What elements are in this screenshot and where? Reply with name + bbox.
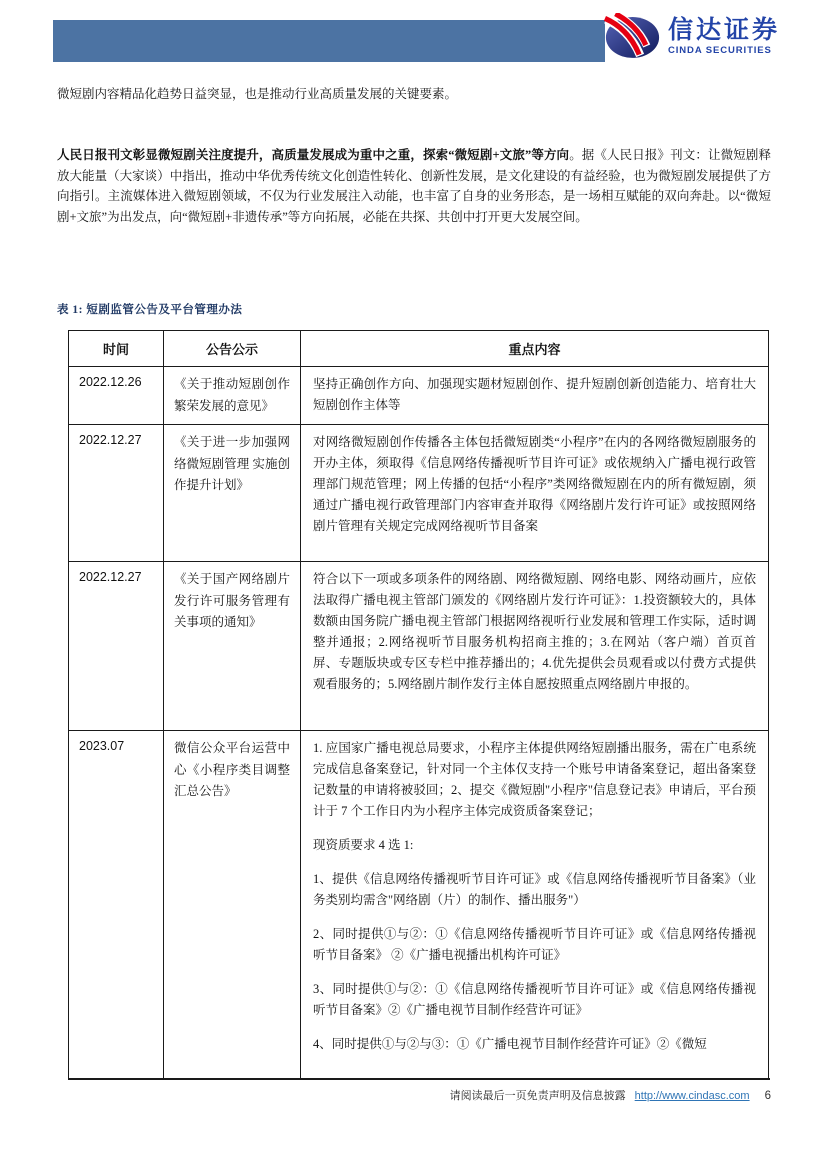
regulation-table: 时间 公告公示 重点内容 2022.12.26 《关于推动短剧创作繁荣发展的意见… [68, 330, 769, 1080]
table-row: 2023.07 微信公众平台运营中心《小程序类目调整汇总公告》 1. 应国家广播… [69, 731, 769, 1081]
col-header-time: 时间 [69, 331, 164, 367]
row-date: 2023.07 [69, 731, 164, 1081]
row-date: 2022.12.27 [69, 425, 164, 562]
paragraph-main-bold: 人民日报刊文彰显微短剧关注度提升，高质量发展成为重中之重，探索“微短剧+文旅”等… [57, 148, 569, 162]
header-banner [53, 20, 605, 62]
row-announcement: 《关于国产网络剧片发行许可服务管理有关事项的通知》 [164, 562, 301, 731]
content-paragraph: 坚持正确创作方向、加强现实题材短剧创作、提升短剧创新创造能力、培育壮大短剧创作主… [313, 374, 756, 416]
table-row: 2022.12.26 《关于推动短剧创作繁荣发展的意见》 坚持正确创作方向、加强… [69, 367, 769, 425]
col-header-key-content: 重点内容 [301, 331, 769, 367]
paragraph-main: 人民日报刊文彰显微短剧关注度提升，高质量发展成为重中之重，探索“微短剧+文旅”等… [57, 145, 771, 228]
logo-name-cn: 信达证券 [668, 17, 780, 43]
page-footer: 请阅读最后一页免责声明及信息披露http://www.cindasc.com6 [57, 1087, 771, 1103]
content-paragraph: 3、同时提供①与②：①《信息网络传播视听节目许可证》或《信息网络传播视听节目备案… [313, 979, 756, 1021]
page-number: 6 [765, 1090, 771, 1102]
row-content: 对网络微短剧创作传播各主体包括微短剧类“小程序”在内的各网络微短剧服务的开办主体… [301, 425, 769, 562]
paragraph-intro: 微短剧内容精品化趋势日益突显，也是推动行业高质量发展的关键要素。 [57, 84, 771, 104]
row-announcement: 微信公众平台运营中心《小程序类目调整汇总公告》 [164, 731, 301, 1081]
content-paragraph: 对网络微短剧创作传播各主体包括微短剧类“小程序”在内的各网络微短剧服务的开办主体… [313, 432, 756, 537]
footer-link[interactable]: http://www.cindasc.com [635, 1090, 750, 1102]
row-content: 1. 应国家广播电视总局要求，小程序主体提供网络短剧播出服务，需在广电系统完成信… [301, 731, 769, 1081]
table-row: 2022.12.27 《关于进一步加强网络微短剧管理 实施创作提升计划》 对网络… [69, 425, 769, 562]
col-header-announcement: 公告公示 [164, 331, 301, 367]
cinda-globe-icon [604, 13, 661, 60]
table-title: 表 1: 短剧监管公告及平台管理办法 [57, 301, 242, 317]
content-paragraph: 现资质要求 4 选 1: [313, 835, 756, 856]
row-content: 坚持正确创作方向、加强现实题材短剧创作、提升短剧创新创造能力、培育壮大短剧创作主… [301, 367, 769, 425]
footer-disclaimer: 请阅读最后一页免责声明及信息披露 [450, 1090, 626, 1102]
row-announcement: 《关于推动短剧创作繁荣发展的意见》 [164, 367, 301, 425]
row-date: 2022.12.27 [69, 562, 164, 731]
cinda-logo: 信达证券 CINDA SECURITIES [604, 13, 780, 60]
row-content: 符合以下一项或多项条件的网络剧、网络微短剧、网络电影、网络动画片，应依法取得广播… [301, 562, 769, 731]
content-paragraph: 4、同时提供①与②与③：①《广播电视节目制作经营许可证》②《微短 [313, 1034, 756, 1055]
row-date: 2022.12.26 [69, 367, 164, 425]
logo-name-en: CINDA SECURITIES [668, 45, 772, 56]
table-row: 2022.12.27 《关于国产网络剧片发行许可服务管理有关事项的通知》 符合以… [69, 562, 769, 731]
table-header-row: 时间 公告公示 重点内容 [69, 331, 769, 367]
row-announcement: 《关于进一步加强网络微短剧管理 实施创作提升计划》 [164, 425, 301, 562]
content-paragraph: 1. 应国家广播电视总局要求，小程序主体提供网络短剧播出服务，需在广电系统完成信… [313, 738, 756, 822]
regulation-table-wrap: 时间 公告公示 重点内容 2022.12.26 《关于推动短剧创作繁荣发展的意见… [68, 330, 770, 1080]
report-page: 信达证券 CINDA SECURITIES 微短剧内容精品化趋势日益突显，也是推… [0, 0, 827, 1169]
content-paragraph: 符合以下一项或多项条件的网络剧、网络微短剧、网络电影、网络动画片，应依法取得广播… [313, 569, 756, 695]
cinda-logo-text: 信达证券 CINDA SECURITIES [668, 17, 780, 56]
content-paragraph: 1、提供《信息网络传播视听节目许可证》或《信息网络传播视听节目备案》（业务类别均… [313, 869, 756, 911]
content-paragraph: 2、同时提供①与②：①《信息网络传播视听节目许可证》或《信息网络传播视听节目备案… [313, 924, 756, 966]
